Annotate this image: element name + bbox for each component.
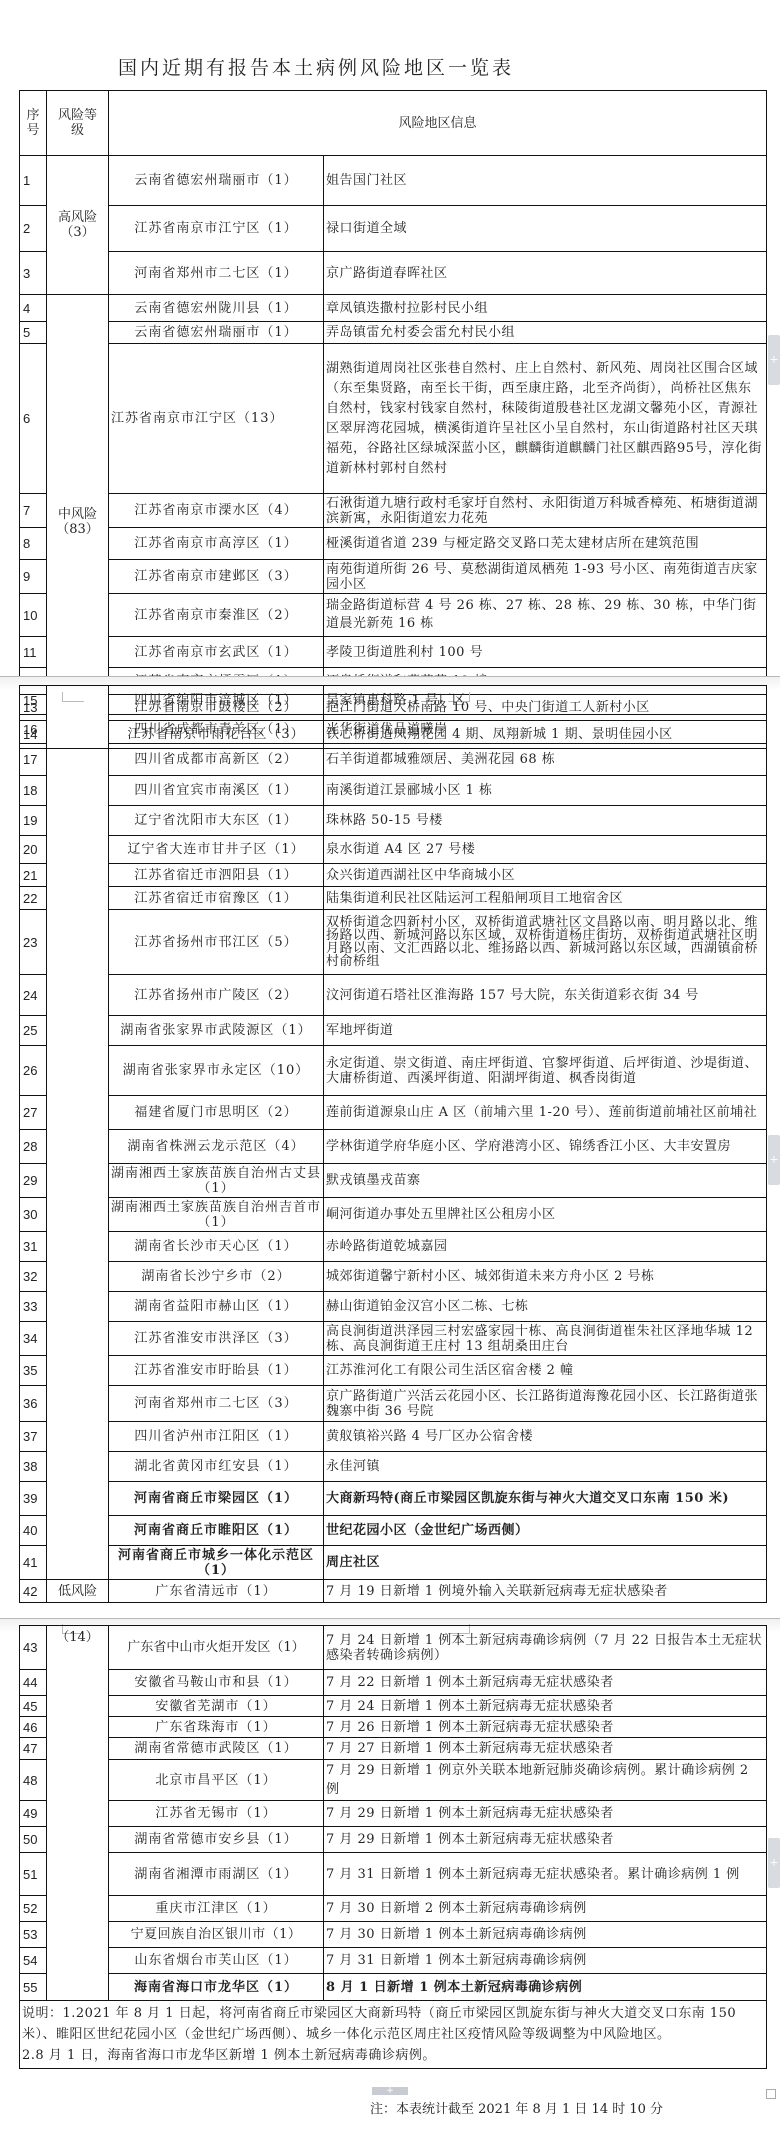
row-number: 36 bbox=[20, 1386, 47, 1422]
row-info: 桠溪街道省道 239 与桠定路交叉路口芜太建材店所在建筑范围 bbox=[324, 528, 767, 560]
row-region: 云南省德宏州陇川县（1） bbox=[109, 295, 324, 322]
row-region: 湖南省益阳市赫山区（1） bbox=[109, 1292, 324, 1322]
row-info: 军地坪街道 bbox=[324, 1016, 767, 1046]
table-row: 23 江苏省扬州市邗江区（5） 双桥街道念四新村小区，双桥街道武塘社区文昌路以南… bbox=[20, 910, 767, 975]
table-row: 43 （14） 广东省中山市火炬开发区（1） 7 月 24 日新增 1 例本土新… bbox=[20, 1626, 767, 1670]
side-add-handle[interactable]: + bbox=[768, 335, 780, 385]
footnote: 注：本表统计截至 2021 年 8 月 1 日 14 时 10 分 bbox=[370, 2098, 663, 2117]
row-region: 河南省商丘市梁园区（1） bbox=[109, 1482, 324, 1516]
row-info: 吴家镇惠科路 1 号厂区 bbox=[324, 686, 767, 715]
row-info: 7 月 31 日新增 1 例本土新冠病毒确诊病例 bbox=[324, 1948, 767, 1974]
row-number: 6 bbox=[20, 344, 47, 494]
row-region: 湖南省常德市武陵区（1） bbox=[109, 1738, 324, 1760]
row-info: 光华街道优品道曦岸 bbox=[324, 715, 767, 744]
row-number: 52 bbox=[20, 1896, 47, 1922]
row-number: 27 bbox=[20, 1096, 47, 1130]
row-region: 安徽省马鞍山市和县（1） bbox=[109, 1670, 324, 1696]
row-number: 42 bbox=[20, 1580, 47, 1603]
table-row: 32 湖南省长沙宁乡市（2） 城郊街道馨宁新村小区、城郊街道未来方舟小区 2 号… bbox=[20, 1262, 767, 1292]
row-region: 河南省郑州市二七区（1） bbox=[109, 252, 324, 295]
row-info: 弄岛镇雷允村委会雷允村民小组 bbox=[324, 322, 767, 344]
row-region: 四川省成都市高新区（2） bbox=[109, 744, 324, 776]
row-info: 众兴街道西湖社区中华商城小区 bbox=[324, 864, 767, 887]
row-info: 周庄社区 bbox=[324, 1546, 767, 1580]
row-region: 湖南省张家界市武陵源区（1） bbox=[109, 1016, 324, 1046]
row-region: 广东省清远市（1） bbox=[109, 1580, 324, 1603]
row-info: 7 月 29 日新增 1 例本土新冠病毒无症状感染者 bbox=[324, 1801, 767, 1827]
row-region: 江苏省南京市江宁区（1） bbox=[109, 206, 324, 252]
row-region: 湖南省湘潭市雨湖区（1） bbox=[109, 1853, 324, 1896]
table-row: 47 湖南省常德市武陵区（1） 7 月 27 日新增 1 例本土新冠病毒无症状感… bbox=[20, 1738, 767, 1760]
row-region: 湖南省长沙市天心区（1） bbox=[109, 1232, 324, 1262]
table-row: 53 宁夏回族自治区银川市（1） 7 月 30 日新增 1 例本土新冠病毒确诊病… bbox=[20, 1922, 767, 1948]
table-row: 33 湖南省益阳市赫山区（1） 赫山街道铂金汉宫小区二栋、七栋 bbox=[20, 1292, 767, 1322]
row-region: 宁夏回族自治区银川市（1） bbox=[109, 1922, 324, 1948]
row-info: 默戎镇墨戎苗寨 bbox=[324, 1164, 767, 1198]
row-info: 禄口街道全域 bbox=[324, 206, 767, 252]
row-info: 峒河街道办事处五里牌社区公租房小区 bbox=[324, 1198, 767, 1232]
row-number: 3 bbox=[20, 252, 47, 295]
table-row: 40 河南省商丘市睢阳区（1） 世纪花园小区（金世纪广场西侧） bbox=[20, 1516, 767, 1546]
row-region: 四川省绵阳市涪城区（1） bbox=[109, 686, 324, 715]
risk-level-high: 高风险（3） bbox=[47, 156, 109, 295]
row-info: 学林街道学府华庭小区、学府港湾小区、锦绣香江小区、大丰安置房 bbox=[324, 1130, 767, 1164]
table-row: 16 四川省成都市青羊区（1） 光华街道优品道曦岸 bbox=[20, 715, 767, 744]
add-row-button[interactable]: + bbox=[372, 2087, 408, 2095]
row-info: 7 月 27 日新增 1 例本土新冠病毒无症状感染者 bbox=[324, 1738, 767, 1760]
row-region: 山东省烟台市芙山区（1） bbox=[109, 1948, 324, 1974]
row-region: 江苏省南京市高淳区（1） bbox=[109, 528, 324, 560]
row-info: 8 月 1 日新增 1 例本土新冠病毒确诊病例 bbox=[324, 1974, 767, 2001]
row-number: 32 bbox=[20, 1262, 47, 1292]
table-row: 42 低风险 广东省清远市（1） 7 月 19 日新增 1 例境外输入关联新冠病… bbox=[20, 1580, 767, 1603]
explanation-cell: 说明：1.2021 年 8 月 1 日起，将河南省商丘市梁园区大商新玛特（商丘市… bbox=[20, 2001, 767, 2069]
table-row: 41 河南省商丘市城乡一体化示范区（1） 周庄社区 bbox=[20, 1546, 767, 1580]
table-row: 29 湖南湘西土家族苗族自治州古丈县（1） 默戎镇墨戎苗寨 bbox=[20, 1164, 767, 1198]
table-row: 15 四川省绵阳市涪城区（1） 吴家镇惠科路 1 号厂区 bbox=[20, 686, 767, 715]
row-number: 55 bbox=[20, 1974, 47, 2001]
row-info: 7 月 30 日新增 1 例本土新冠病毒确诊病例 bbox=[324, 1922, 767, 1948]
row-region: 广东省中山市火炬开发区（1） bbox=[109, 1626, 324, 1670]
row-number: 16 bbox=[20, 715, 47, 744]
row-info: 7 月 31 日新增 1 例本土新冠病毒无症状感染者。累计确诊病例 1 例 bbox=[324, 1853, 767, 1896]
row-number: 46 bbox=[20, 1717, 47, 1738]
table-header-row: 序号 风险等级 风险地区信息 bbox=[20, 91, 767, 156]
row-number: 33 bbox=[20, 1292, 47, 1322]
side-add-handle[interactable]: + bbox=[768, 1838, 780, 1888]
row-info: 京广路街道广兴活云花园小区、长江路街道海豫花园小区、长江路街道张魏寨中街 36 … bbox=[324, 1386, 767, 1422]
row-region: 湖南省常德市安乡县（1） bbox=[109, 1827, 324, 1853]
table-row: 35 江苏省淮安市盱眙县（1） 江苏淮河化工有限公司生活区宿舍楼 2 幢 bbox=[20, 1356, 767, 1386]
table-row: 45 安徽省芜湖市（1） 7 月 24 日新增 1 例本土新冠病毒无症状感染者 bbox=[20, 1696, 767, 1717]
row-region: 四川省成都市青羊区（1） bbox=[109, 715, 324, 744]
table-row: 1 高风险（3） 云南省德宏州瑞丽市（1） 姐告国门社区 bbox=[20, 156, 767, 206]
row-number: 24 bbox=[20, 975, 47, 1016]
row-region: 江苏省宿迁市泗阳县（1） bbox=[109, 864, 324, 887]
row-number: 2 bbox=[20, 206, 47, 252]
table-row: 10 江苏省南京市秦淮区（2） 瑞金路街道标营 4 号 26 栋、27 栋、28… bbox=[20, 594, 767, 637]
row-number: 49 bbox=[20, 1801, 47, 1827]
table-row: 34 江苏省淮安市洪泽区（3） 高良涧街道洪泽园三村宏盛家园十栋、高良涧街道崔朱… bbox=[20, 1322, 767, 1356]
header-seq: 序号 bbox=[20, 91, 47, 156]
row-region: 四川省泸州市江阳区（1） bbox=[109, 1422, 324, 1452]
table-row: 22 江苏省宿迁市宿豫区（1） 陆集街道利民社区陆运河工程船闸项目工地宿舍区 bbox=[20, 887, 767, 910]
row-info: 7 月 24 日新增 1 例本土新冠病毒确诊病例（7 月 22 日报告本土无症状… bbox=[324, 1626, 767, 1670]
row-number: 1 bbox=[20, 156, 47, 206]
row-info: 城郊街道馨宁新村小区、城郊街道未来方舟小区 2 号栋 bbox=[324, 1262, 767, 1292]
table-row: 54 山东省烟台市芙山区（1） 7 月 31 日新增 1 例本土新冠病毒确诊病例 bbox=[20, 1948, 767, 1974]
row-number: 5 bbox=[20, 322, 47, 344]
table-row: 30 湖南湘西土家族苗族自治州吉首市（1） 峒河街道办事处五里牌社区公租房小区 bbox=[20, 1198, 767, 1232]
table-row: 51 湖南省湘潭市雨湖区（1） 7 月 31 日新增 1 例本土新冠病毒无症状感… bbox=[20, 1853, 767, 1896]
row-info: 黄舣镇裕兴路 4 号厂区办公宿舍楼 bbox=[324, 1422, 767, 1452]
table-row: 48 北京市昌平区（1） 7 月 29 日新增 1 例京外关联本地新冠肺炎确诊病… bbox=[20, 1760, 767, 1801]
row-region: 江苏省淮安市盱眙县（1） bbox=[109, 1356, 324, 1386]
row-info: 江苏淮河化工有限公司生活区宿舍楼 2 幢 bbox=[324, 1356, 767, 1386]
row-region: 湖南湘西土家族苗族自治州古丈县（1） bbox=[109, 1164, 324, 1198]
table-row: 17 四川省成都市高新区（2） 石羊街道都城雅颂居、美洲花园 68 栋 bbox=[20, 744, 767, 776]
table-row: 21 江苏省宿迁市泗阳县（1） 众兴街道西湖社区中华商城小区 bbox=[20, 864, 767, 887]
row-number: 10 bbox=[20, 594, 47, 637]
row-region: 海南省海口市龙华区（1） bbox=[109, 1974, 324, 2001]
header-info: 风险地区信息 bbox=[109, 91, 767, 156]
row-region: 湖南省长沙宁乡市（2） bbox=[109, 1262, 324, 1292]
table-row: 7 江苏省南京市溧水区（4） 石湫街道九塘行政村毛家圩自然村、永阳街道万科城香樟… bbox=[20, 494, 767, 528]
table-row: 8 江苏省南京市高淳区（1） 桠溪街道省道 239 与桠定路交叉路口芜太建材店所… bbox=[20, 528, 767, 560]
row-number: 22 bbox=[20, 887, 47, 910]
row-info: 7 月 29 日新增 1 例本土新冠病毒无症状感染者 bbox=[324, 1827, 767, 1853]
row-number: 35 bbox=[20, 1356, 47, 1386]
row-region: 湖南省张家界市永定区（10） bbox=[109, 1046, 324, 1096]
row-info: 姐告国门社区 bbox=[324, 156, 767, 206]
table-row: 49 江苏省无锡市（1） 7 月 29 日新增 1 例本土新冠病毒无症状感染者 bbox=[20, 1801, 767, 1827]
table-row: 28 湖南省株洲云龙示范区（4） 学林街道学府华庭小区、学府港湾小区、锦绣香江小… bbox=[20, 1130, 767, 1164]
row-number: 17 bbox=[20, 744, 47, 776]
table-row: 38 湖北省黄冈市红安县（1） 永佳河镇 bbox=[20, 1452, 767, 1482]
document-title: 国内近期有报告本土病例风险地区一览表 bbox=[118, 53, 514, 80]
row-info: 大商新玛特(商丘市梁园区凯旋东街与神火大道交叉口东南 150 米) bbox=[324, 1482, 767, 1516]
row-number: 45 bbox=[20, 1696, 47, 1717]
risk-level-low: 低风险 bbox=[47, 1580, 109, 1603]
row-region: 江苏省南京市玄武区（1） bbox=[109, 637, 324, 668]
row-info: 石湫街道九塘行政村毛家圩自然村、永阳街道万科城香樟苑、柘塘街道湖滨新寓，永阳街道… bbox=[324, 494, 767, 528]
row-info: 赫山街道铂金汉宫小区二栋、七栋 bbox=[324, 1292, 767, 1322]
row-number: 54 bbox=[20, 1948, 47, 1974]
row-region: 安徽省芜湖市（1） bbox=[109, 1696, 324, 1717]
risk-table-page-2: 15 四川省绵阳市涪城区（1） 吴家镇惠科路 1 号厂区 16 四川省成都市青羊… bbox=[19, 685, 767, 1603]
table-row: 39 河南省商丘市梁园区（1） 大商新玛特(商丘市梁园区凯旋东街与神火大道交叉口… bbox=[20, 1482, 767, 1516]
row-info: 7 月 24 日新增 1 例本土新冠病毒无症状感染者 bbox=[324, 1696, 767, 1717]
table-row: 9 江苏省南京市建邺区（3） 南苑街道所街 26 号、莫愁湖街道凤栖苑 1-93… bbox=[20, 560, 767, 594]
row-info: 7 月 19 日新增 1 例境外输入关联新冠病毒无症状感染者 bbox=[324, 1580, 767, 1603]
risk-level-medium-cont bbox=[47, 686, 109, 1580]
table-row: 6 江苏省南京市江宁区（13） 湖熟街道周岗社区张巷自然村、庄上自然村、新风苑、… bbox=[20, 344, 767, 494]
row-region: 江苏省淮安市洪泽区（3） bbox=[109, 1322, 324, 1356]
row-info: 陆集街道利民社区陆运河工程船闸项目工地宿舍区 bbox=[324, 887, 767, 910]
risk-table-page-1: 序号 风险等级 风险地区信息 1 高风险（3） 云南省德宏州瑞丽市（1） 姐告国… bbox=[19, 90, 767, 749]
row-region: 江苏省扬州市邗江区（5） bbox=[109, 910, 324, 975]
row-number: 38 bbox=[20, 1452, 47, 1482]
explanation-line-2: 2.8 月 1 日，海南省海口市龙华区新增 1 例本土新冠病毒确诊病例。 bbox=[22, 2045, 764, 2066]
row-region: 湖南省株洲云龙示范区（4） bbox=[109, 1130, 324, 1164]
row-number: 26 bbox=[20, 1046, 47, 1096]
row-info: 石羊街道都城雅颂居、美洲花园 68 栋 bbox=[324, 744, 767, 776]
row-region: 重庆市江津区（1） bbox=[109, 1896, 324, 1922]
row-number: 18 bbox=[20, 776, 47, 806]
row-number: 9 bbox=[20, 560, 47, 594]
row-info: 赤岭路街道乾城嘉园 bbox=[324, 1232, 767, 1262]
row-number: 40 bbox=[20, 1516, 47, 1546]
table-row: 4 中风险（83） 云南省德宏州陇川县（1） 章凤镇迭撒村拉影村民小组 bbox=[20, 295, 767, 322]
row-region: 江苏省南京市江宁区（13） bbox=[109, 344, 324, 494]
row-number: 23 bbox=[20, 910, 47, 975]
table-row: 44 安徽省马鞍山市和县（1） 7 月 22 日新增 1 例本土新冠病毒无症状感… bbox=[20, 1670, 767, 1696]
row-region: 辽宁省沈阳市大东区（1） bbox=[109, 806, 324, 836]
risk-table-page-3: 43 （14） 广东省中山市火炬开发区（1） 7 月 24 日新增 1 例本土新… bbox=[19, 1625, 767, 2069]
row-number: 41 bbox=[20, 1546, 47, 1580]
side-add-handle[interactable]: + bbox=[768, 1135, 780, 1185]
row-info: 湖熟街道周岗社区张巷自然村、庄上自然村、新风苑、周岗社区围合区域（东至集贤路，南… bbox=[324, 344, 767, 494]
row-region: 江苏省南京市溧水区（4） bbox=[109, 494, 324, 528]
row-number: 19 bbox=[20, 806, 47, 836]
row-info: 莲前街道源泉山庄 A 区（前埔六里 1-20 号）、莲前街道前埔社区前埔社 bbox=[324, 1096, 767, 1130]
row-info: 汶河街道石塔社区淮海路 157 号大院，东关街道彩衣街 34 号 bbox=[324, 975, 767, 1016]
row-number: 34 bbox=[20, 1322, 47, 1356]
row-number: 28 bbox=[20, 1130, 47, 1164]
row-region: 江苏省宿迁市宿豫区（1） bbox=[109, 887, 324, 910]
table-row: 27 福建省厦门市思明区（2） 莲前街道源泉山庄 A 区（前埔六里 1-20 号… bbox=[20, 1096, 767, 1130]
table-row: 37 四川省泸州市江阳区（1） 黄舣镇裕兴路 4 号厂区办公宿舍楼 bbox=[20, 1422, 767, 1452]
row-info: 珠林路 50-15 号楼 bbox=[324, 806, 767, 836]
row-number: 31 bbox=[20, 1232, 47, 1262]
row-number: 53 bbox=[20, 1922, 47, 1948]
row-region: 江苏省无锡市（1） bbox=[109, 1801, 324, 1827]
row-info: 7 月 26 日新增 1 例本土新冠病毒无症状感染者 bbox=[324, 1717, 767, 1738]
table-row: 24 江苏省扬州市广陵区（2） 汶河街道石塔社区淮海路 157 号大院，东关街道… bbox=[20, 975, 767, 1016]
row-region: 云南省德宏州瑞丽市（1） bbox=[109, 156, 324, 206]
row-region: 河南省商丘市城乡一体化示范区（1） bbox=[109, 1546, 324, 1580]
risk-level-low-count: （14） bbox=[47, 1626, 109, 2001]
row-info: 永定街道、崇文街道、南庄坪街道、官黎坪街道、后坪街道、沙堤街道、大庸桥街道、西溪… bbox=[324, 1046, 767, 1096]
row-number: 48 bbox=[20, 1760, 47, 1801]
row-region: 北京市昌平区（1） bbox=[109, 1760, 324, 1801]
table-row: 26 湖南省张家界市永定区（10） 永定街道、崇文街道、南庄坪街道、官黎坪街道、… bbox=[20, 1046, 767, 1096]
row-info: 7 月 29 日新增 1 例京外关联本地新冠肺炎确诊病例。累计确诊病例 2 例 bbox=[324, 1760, 767, 1801]
row-number: 50 bbox=[20, 1827, 47, 1853]
table-row: 50 湖南省常德市安乡县（1） 7 月 29 日新增 1 例本土新冠病毒无症状感… bbox=[20, 1827, 767, 1853]
row-region: 福建省厦门市思明区（2） bbox=[109, 1096, 324, 1130]
table-row: 55 海南省海口市龙华区（1） 8 月 1 日新增 1 例本土新冠病毒确诊病例 bbox=[20, 1974, 767, 2001]
table-row: 20 辽宁省大连市甘井子区（1） 泉水街道 A4 区 27 号楼 bbox=[20, 836, 767, 864]
row-number: 47 bbox=[20, 1738, 47, 1760]
row-region: 湖北省黄冈市红安县（1） bbox=[109, 1452, 324, 1482]
table-row: 46 广东省珠海市（1） 7 月 26 日新增 1 例本土新冠病毒无症状感染者 bbox=[20, 1717, 767, 1738]
row-info: 章凤镇迭撒村拉影村民小组 bbox=[324, 295, 767, 322]
row-number: 44 bbox=[20, 1670, 47, 1696]
row-region: 河南省商丘市睢阳区（1） bbox=[109, 1516, 324, 1546]
row-number: 11 bbox=[20, 637, 47, 668]
explanation-line-1: 说明：1.2021 年 8 月 1 日起，将河南省商丘市梁园区大商新玛特（商丘市… bbox=[22, 2003, 764, 2045]
row-region: 江苏省扬州市广陵区（2） bbox=[109, 975, 324, 1016]
row-info: 瑞金路街道标营 4 号 26 栋、27 栋、28 栋、29 栋、30 栋，中华门… bbox=[324, 594, 767, 637]
row-number: 21 bbox=[20, 864, 47, 887]
explanation-row: 说明：1.2021 年 8 月 1 日起，将河南省商丘市梁园区大商新玛特（商丘市… bbox=[20, 2001, 767, 2069]
row-number: 29 bbox=[20, 1164, 47, 1198]
row-region: 四川省宜宾市南溪区（1） bbox=[109, 776, 324, 806]
row-info: 7 月 22 日新增 1 例本土新冠病毒无症状感染者 bbox=[324, 1670, 767, 1696]
row-number: 7 bbox=[20, 494, 47, 528]
table-row: 19 辽宁省沈阳市大东区（1） 珠林路 50-15 号楼 bbox=[20, 806, 767, 836]
row-info: 永佳河镇 bbox=[324, 1452, 767, 1482]
row-number: 51 bbox=[20, 1853, 47, 1896]
table-row: 31 湖南省长沙市天心区（1） 赤岭路街道乾城嘉园 bbox=[20, 1232, 767, 1262]
row-number: 8 bbox=[20, 528, 47, 560]
table-row: 5 云南省德宏州瑞丽市（1） 弄岛镇雷允村委会雷允村民小组 bbox=[20, 322, 767, 344]
header-level: 风险等级 bbox=[47, 91, 109, 156]
row-info: 孝陵卫街道胜利村 100 号 bbox=[324, 637, 767, 668]
row-region: 河南省郑州市二七区（3） bbox=[109, 1386, 324, 1422]
row-info: 高良涧街道洪泽园三村宏盛家园十栋、高良涧街道崔朱社区泽地华城 12 栋、高良涧街… bbox=[324, 1322, 767, 1356]
table-row: 18 四川省宜宾市南溪区（1） 南溪街道江景郦城小区 1 栋 bbox=[20, 776, 767, 806]
table-row: 11 江苏省南京市玄武区（1） 孝陵卫街道胜利村 100 号 bbox=[20, 637, 767, 668]
row-info: 7 月 30 日新增 2 例本土新冠病毒确诊病例 bbox=[324, 1896, 767, 1922]
row-region: 云南省德宏州瑞丽市（1） bbox=[109, 322, 324, 344]
row-region: 广东省珠海市（1） bbox=[109, 1717, 324, 1738]
row-region: 江苏省南京市秦淮区（2） bbox=[109, 594, 324, 637]
row-info: 京广路街道春晖社区 bbox=[324, 252, 767, 295]
row-info: 南苑街道所街 26 号、莫愁湖街道凤栖苑 1-93 号小区、南苑街道吉庆家园小区 bbox=[324, 560, 767, 594]
row-info: 世纪花园小区（金世纪广场西侧） bbox=[324, 1516, 767, 1546]
row-number: 43 bbox=[20, 1626, 47, 1670]
row-number: 39 bbox=[20, 1482, 47, 1516]
table-row: 3 河南省郑州市二七区（1） 京广路街道春晖社区 bbox=[20, 252, 767, 295]
row-info: 南溪街道江景郦城小区 1 栋 bbox=[324, 776, 767, 806]
table-row: 36 河南省郑州市二七区（3） 京广路街道广兴活云花园小区、长江路街道海豫花园小… bbox=[20, 1386, 767, 1422]
row-region: 湖南湘西土家族苗族自治州吉首市（1） bbox=[109, 1198, 324, 1232]
row-number: 37 bbox=[20, 1422, 47, 1452]
table-resize-handle[interactable] bbox=[766, 2089, 776, 2099]
table-row: 25 湖南省张家界市武陵源区（1） 军地坪街道 bbox=[20, 1016, 767, 1046]
row-info: 泉水街道 A4 区 27 号楼 bbox=[324, 836, 767, 864]
row-number: 20 bbox=[20, 836, 47, 864]
row-number: 30 bbox=[20, 1198, 47, 1232]
row-number: 15 bbox=[20, 686, 47, 715]
row-info: 双桥街道念四新村小区，双桥街道武塘社区文昌路以南、明月路以北、维扬路以西、新城河… bbox=[324, 910, 767, 975]
row-number: 25 bbox=[20, 1016, 47, 1046]
row-number: 4 bbox=[20, 295, 47, 322]
row-region: 江苏省南京市建邺区（3） bbox=[109, 560, 324, 594]
table-row: 52 重庆市江津区（1） 7 月 30 日新增 2 例本土新冠病毒确诊病例 bbox=[20, 1896, 767, 1922]
row-region: 辽宁省大连市甘井子区（1） bbox=[109, 836, 324, 864]
table-row: 2 江苏省南京市江宁区（1） 禄口街道全域 bbox=[20, 206, 767, 252]
